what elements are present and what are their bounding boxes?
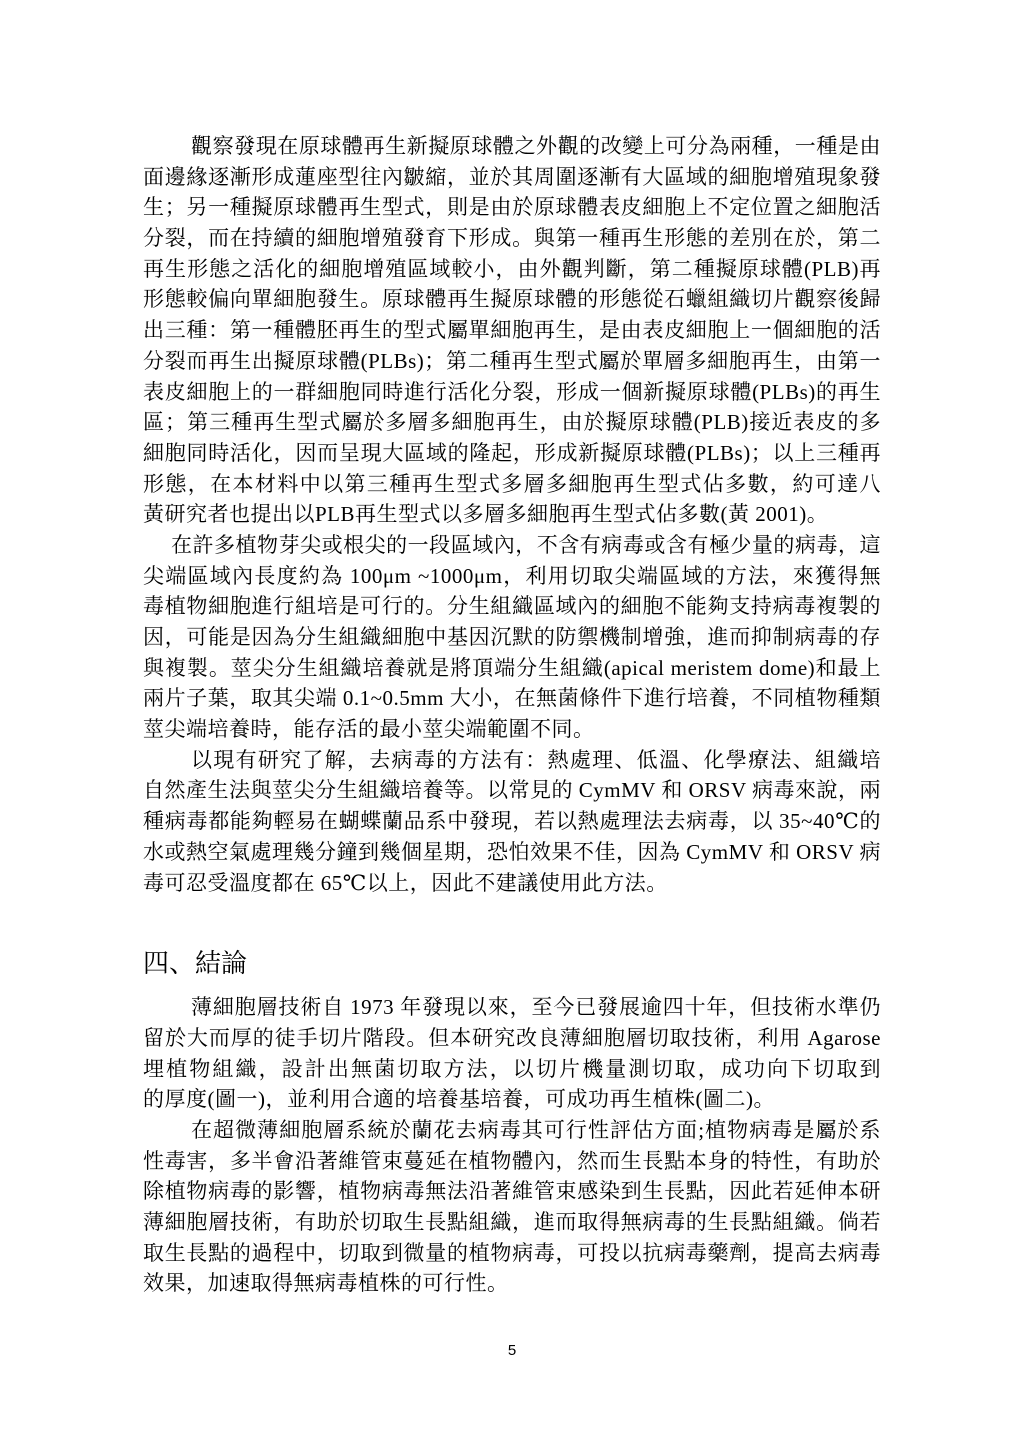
text-line: 莖尖端培養時，能存活的最小莖尖端範圍不同。: [143, 714, 881, 745]
paragraph: 在許多植物芽尖或根尖的一段區域內，不含有病毒或含有極少量的病毒，這個尖端區域內長…: [143, 530, 881, 745]
document-body: 觀察發現在原球體再生新擬原球體之外觀的改變上可分為兩種，一種是由切面邊緣逐漸形成…: [143, 131, 881, 1299]
text-line: 薄細胞層技術自 1973 年發現以來，至今已發展逾四十年，但技術水準仍停: [143, 992, 881, 1023]
text-line: 的厚度(圖一)，並利用合適的培養基培養，可成功再生植株(圖二)。: [143, 1084, 881, 1115]
text-line: 表皮細胞上的一群細胞同時進行活化分裂，形成一個新擬原球體(PLBs)的再生: [143, 377, 881, 408]
text-line: 薄細胞層技術，有助於切取生長點組織，進而取得無病毒的生長點組織。倘若切: [143, 1207, 881, 1238]
text-line: 除植物病毒的影響，植物病毒無法沿著維管束感染到生長點，因此若延伸本研究: [143, 1176, 881, 1207]
text-line: 分裂而再生出擬原球體(PLBs)；第二種再生型式屬於單層多細胞再生，由第一層: [143, 346, 881, 377]
text-line: 尖端區域內長度約為 100μm ~1000μm，利用切取尖端區域的方法，來獲得無…: [143, 561, 881, 592]
text-line: 在超微薄細胞層系統於蘭花去病毒其可行性評估方面;植物病毒是屬於系統: [143, 1115, 881, 1146]
text-line: 毒可忍受溫度都在 65℃以上，因此不建議使用此方法。: [143, 868, 881, 899]
paragraph: 以現有研究了解，去病毒的方法有：熱處理、低溫、化學療法、組織培養、自然產生法與莖…: [143, 745, 881, 898]
text-line: 黃研究者也提出以PLB再生型式以多層多細胞再生型式佔多數(黃 2001)。: [143, 499, 881, 530]
text-line: 因，可能是因為分生組織細胞中基因沉默的防禦機制增強，進而抑制病毒的存在: [143, 622, 881, 653]
page-number: 5: [0, 1341, 1024, 1361]
document-page: 觀察發現在原球體再生新擬原球體之外觀的改變上可分為兩種，一種是由切面邊緣逐漸形成…: [0, 0, 1024, 1448]
text-line: 以現有研究了解，去病毒的方法有：熱處理、低溫、化學療法、組織培養、: [143, 745, 881, 776]
text-line: 形態較偏向單細胞發生。原球體再生擬原球體的形態從石蠟組織切片觀察後歸納: [143, 284, 881, 315]
text-line: 取生長點的過程中，切取到微量的植物病毒，可投以抗病毒藥劑，提高去病毒的: [143, 1238, 881, 1269]
text-line: 效果，加速取得無病毒植株的可行性。: [143, 1268, 881, 1299]
text-line: 面邊緣逐漸形成蓮座型往內皺縮，並於其周圍逐漸有大區域的細胞增殖現象發: [143, 162, 881, 193]
section-heading: 四、結論: [143, 947, 881, 981]
text-line: 毒植物細胞進行組培是可行的。分生組織區域內的細胞不能夠支持病毒複製的原: [143, 591, 881, 622]
text-line: 水或熱空氣處理幾分鐘到幾個星期，恐怕效果不佳，因為 CymMV 和 ORSV 病: [143, 837, 881, 868]
paragraph: 薄細胞層技術自 1973 年發現以來，至今已發展逾四十年，但技術水準仍停留於大而…: [143, 992, 881, 1115]
text-line: 分裂，而在持續的細胞增殖發育下形成。與第一種再生形態的差別在於，第二種: [143, 223, 881, 254]
text-line: 細胞同時活化，因而呈現大區域的隆起，形成新擬原球體(PLBs)；以上三種再生: [143, 438, 881, 469]
text-line: 出三種：第一種體胚再生的型式屬單細胞再生，是由表皮細胞上一個細胞的活化: [143, 315, 881, 346]
paragraph: 在超微薄細胞層系統於蘭花去病毒其可行性評估方面;植物病毒是屬於系統性毒害，多半會…: [143, 1115, 881, 1299]
paragraph: 觀察發現在原球體再生新擬原球體之外觀的改變上可分為兩種，一種是由切面邊緣逐漸形成…: [143, 131, 881, 530]
text-line: 區；第三種再生型式屬於多層多細胞再生，由於擬原球體(PLB)接近表皮的多層: [143, 407, 881, 438]
text-line: 種病毒都能夠輕易在蝴蝶蘭品系中發現，若以熱處理法去病毒，以 35~40℃的熱: [143, 806, 881, 837]
text-line: 形態，在本材料中以第三種再生型式多層多細胞再生型式佔多數，約可達八成。: [143, 469, 881, 500]
text-line: 生；另一種擬原球體再生型式，則是由於原球體表皮細胞上不定位置之細胞活化: [143, 192, 881, 223]
text-line: 與複製。莖尖分生組織培養就是將頂端分生組織(apical meristem do…: [143, 653, 881, 684]
text-line: 再生形態之活化的細胞增殖區域較小，由外觀判斷，第二種擬原球體(PLB)再生: [143, 254, 881, 285]
text-line: 性毒害，多半會沿著維管束蔓延在植物體內，然而生長點本身的特性，有助於免: [143, 1146, 881, 1177]
text-line: 埋植物組織，設計出無菌切取方法，以切片機量測切取，成功向下切取到 100μm: [143, 1054, 881, 1085]
text-line: 兩片子葉，取其尖端 0.1~0.5mm 大小，在無菌條件下進行培養，不同植物種類…: [143, 683, 881, 714]
text-line: 留於大而厚的徒手切片階段。但本研究改良薄細胞層切取技術，利用 Agarose 包: [143, 1023, 881, 1054]
text-line: 在許多植物芽尖或根尖的一段區域內，不含有病毒或含有極少量的病毒，這個: [143, 530, 881, 561]
text-line: 自然產生法與莖尖分生組織培養等。以常見的 CymMV 和 ORSV 病毒來說，兩: [143, 775, 881, 806]
text-line: 觀察發現在原球體再生新擬原球體之外觀的改變上可分為兩種，一種是由切: [143, 131, 881, 162]
